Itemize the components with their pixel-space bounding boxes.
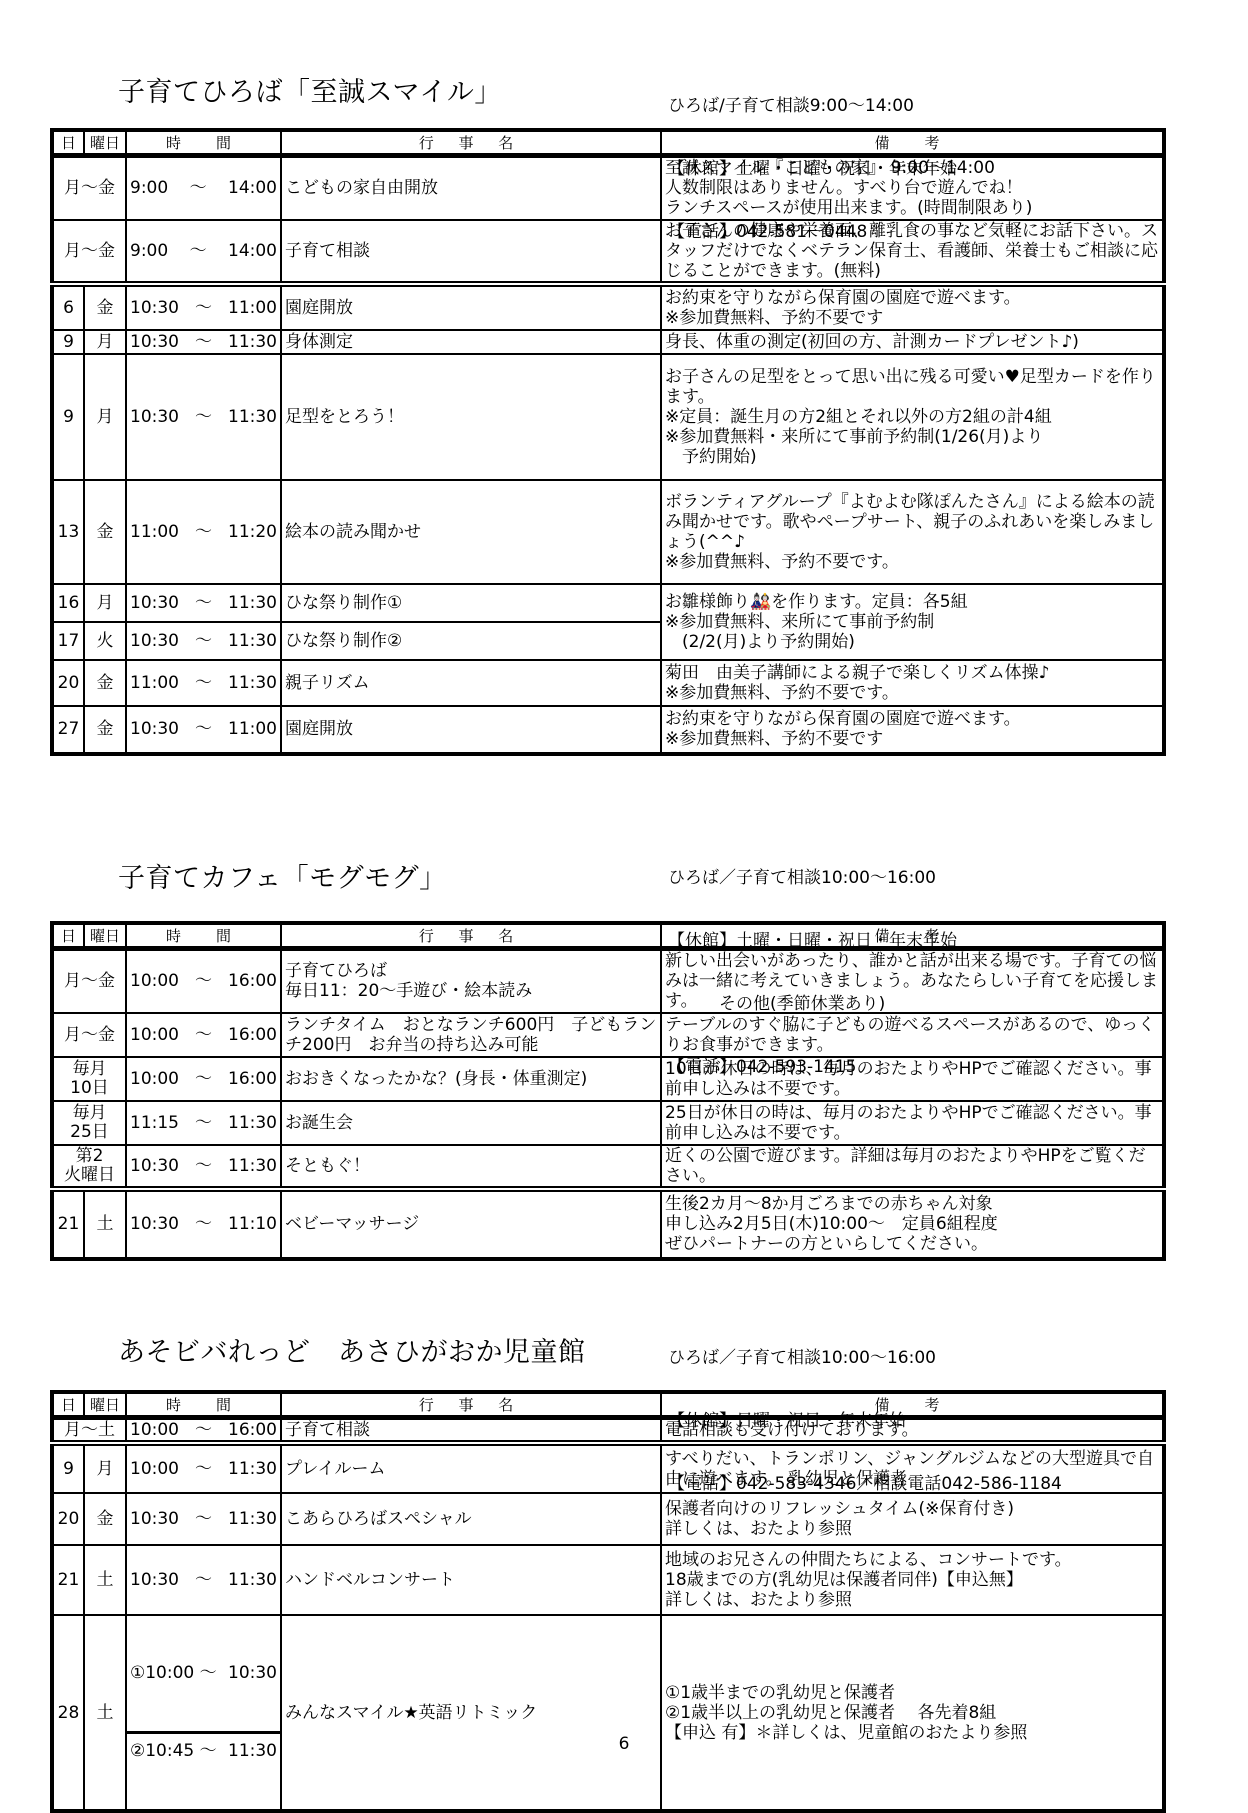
event-note: 菊田 由美子講師による親子で楽しくリズム体操♪ ※参加費無料、予約不要です。 <box>661 660 1164 706</box>
day-cell: 17 <box>52 622 84 660</box>
day-cell: 16 <box>52 584 84 622</box>
table-row: 9 月 10:30～11:30 足型をとろう！ お子さんの足型をとって思い出に残… <box>52 354 1164 480</box>
time-cell: 10:30～11:30 <box>126 1493 281 1545</box>
event-note: 10日が休日の時は、毎月のおたよりやHPでご確認ください。事前申し込みは不要です… <box>661 1057 1164 1101</box>
event-name: おおきくなったかな？(身長・体重測定) <box>281 1057 661 1101</box>
event-name: 絵本の読み聞かせ <box>281 480 661 584</box>
table-header-row: 日 曜日 時 間 行 事 名 備 考 <box>52 923 1164 949</box>
time-cell: 10:30～11:30 <box>126 584 281 622</box>
day-cell: 月～土 <box>52 1418 126 1444</box>
event-note: 電話相談も受け付けております。 <box>661 1418 1164 1444</box>
schedule-table-2: 日 曜日 時 間 行 事 名 備 考 月～金 10:00～16:00 子育てひろ… <box>50 921 1166 1261</box>
event-name: 子育て相談 <box>281 220 661 284</box>
day-cell: 13 <box>52 480 84 584</box>
event-note: ボランティアグループ『よむよむ隊ぽんたさん』による絵本の読み聞かせです。歌やペー… <box>661 480 1164 584</box>
weekday-cell: 火 <box>84 622 126 660</box>
event-name: 園庭開放 <box>281 706 661 754</box>
time-cell: 10:00～16:00 <box>126 949 281 1013</box>
time-cell: 10:30～11:30 <box>126 1545 281 1615</box>
weekday-cell: 月 <box>84 330 126 354</box>
event-name: プレイルーム <box>281 1443 661 1493</box>
time-cell: 10:30～11:30 <box>126 622 281 660</box>
event-name: お誕生会 <box>281 1101 661 1145</box>
time-cell: 10:30～11:30 <box>126 1145 281 1189</box>
day-cell: 毎月 10日 <box>52 1057 126 1101</box>
day-cell: 月～金 <box>52 220 126 284</box>
event-note: すべりだい、トランポリン、ジャングルジムなどの大型遊具で自由に遊べます。 乳幼児… <box>661 1443 1164 1493</box>
table-header-row: 日 曜日 時 間 行 事 名 備 考 <box>52 1392 1164 1418</box>
section-2-title: 子育てカフェ「モグモグ」 <box>118 856 447 895</box>
header-weekday: 曜日 <box>84 1392 126 1418</box>
weekday-cell: 金 <box>84 706 126 754</box>
section-3-title: あそビバれっど あさひがおか児童館 <box>118 1330 586 1369</box>
weekday-cell: 月 <box>84 584 126 622</box>
weekday-cell: 金 <box>84 660 126 706</box>
weekday-cell: 金 <box>84 1493 126 1545</box>
time-slot-1: ①10:00 ～10:30 <box>127 1656 280 1691</box>
event-name: ランチタイム おとなランチ600円 子どもランチ200円 お弁当の持ち込み可能 <box>281 1013 661 1057</box>
hours-text: ひろば/子育て相談9:00～14:00 <box>668 96 957 117</box>
table-row: 28 土 ①10:00 ～10:30 ②10:45 ～11:30 みんなスマイル… <box>52 1615 1164 1811</box>
event-note: お雛様飾り🎎を作ります。定員：各5組 ※参加費無料、来所にて事前予約制 (2/2… <box>661 584 1164 660</box>
event-note: 身長、体重の測定(初回の方、計測カードプレゼント♪) <box>661 330 1164 354</box>
event-note: テーブルのすぐ脇に子どもの遊べるスペースがあるので、ゆっくりお食事ができます。 <box>661 1013 1164 1057</box>
time-cell: 10:30～11:30 <box>126 354 281 480</box>
table-row: 9 月 10:00～11:30 プレイルーム すべりだい、トランポリン、ジャング… <box>52 1443 1164 1493</box>
weekday-cell: 月 <box>84 354 126 480</box>
event-note: お約束を守りながら保育園の園庭で遊べます。 ※参加費無料、予約不要です <box>661 284 1164 330</box>
table-row: 月～金 9:00～14:00 子育て相談 お子さんの健康や栄養面、離乳食の事など… <box>52 220 1164 284</box>
header-weekday: 曜日 <box>84 130 126 156</box>
weekday-cell: 土 <box>84 1615 126 1811</box>
table-row: 月～金 10:00～16:00 子育てひろば 毎日11：20～手遊び・絵本読み … <box>52 949 1164 1013</box>
weekday-cell: 金 <box>84 480 126 584</box>
time-cell: 10:30～11:00 <box>126 706 281 754</box>
header-day: 日 <box>52 923 84 949</box>
hours-text: ひろば／子育て相談10:00～16:00 <box>668 1348 1062 1369</box>
event-name: 子育て相談 <box>281 1418 661 1444</box>
day-cell: 9 <box>52 354 84 480</box>
event-note: ①1歳半までの乳幼児と保護者 ②1歳半以上の乳幼児と保護者 各先着8組 【申込 … <box>661 1615 1164 1811</box>
event-name: みんなスマイル★英語リトミック <box>281 1615 661 1811</box>
day-cell: 20 <box>52 660 84 706</box>
day-cell: 9 <box>52 1443 84 1493</box>
table-row: 27 金 10:30～11:00 園庭開放 お約束を守りながら保育園の園庭で遊べ… <box>52 706 1164 754</box>
event-name: ひな祭り制作② <box>281 622 661 660</box>
table-row: 第2 火曜日 10:30～11:30 そともぐ！ 近くの公園で遊びます。詳細は毎… <box>52 1145 1164 1189</box>
time-cell: 11:00～11:20 <box>126 480 281 584</box>
header-time: 時 間 <box>126 923 281 949</box>
event-name: 身体測定 <box>281 330 661 354</box>
table-row: 13 金 11:00～11:20 絵本の読み聞かせ ボランティアグループ『よむよ… <box>52 480 1164 584</box>
event-note: 近くの公園で遊びます。詳細は毎月のおたよりやHPをご覧ください。 <box>661 1145 1164 1189</box>
header-time: 時 間 <box>126 130 281 156</box>
event-name: こあらひろばスペシャル <box>281 1493 661 1545</box>
day-cell: 28 <box>52 1615 84 1811</box>
event-name: ハンドベルコンサート <box>281 1545 661 1615</box>
header-event: 行 事 名 <box>281 1392 661 1418</box>
table-header-row: 日 曜日 時 間 行 事 名 備 考 <box>52 130 1164 156</box>
time-cell: 10:30～11:00 <box>126 284 281 330</box>
page-number: 6 <box>0 1734 1248 1754</box>
header-day: 日 <box>52 130 84 156</box>
time-cell: 9:00～14:00 <box>126 156 281 220</box>
event-note: 25日が休日の時は、毎月のおたよりやHPでご確認ください。事前申し込みは不要です… <box>661 1101 1164 1145</box>
day-cell: 月～金 <box>52 156 126 220</box>
header-note: 備 考 <box>661 1392 1164 1418</box>
time-cell: 10:00～11:30 <box>126 1443 281 1493</box>
event-note: お子さんの足型をとって思い出に残る可愛い♥足型カードを作ります。 ※定員：誕生月… <box>661 354 1164 480</box>
event-name: ひな祭り制作① <box>281 584 661 622</box>
table-row: 6 金 10:30～11:00 園庭開放 お約束を守りながら保育園の園庭で遊べま… <box>52 284 1164 330</box>
weekday-cell: 金 <box>84 284 126 330</box>
day-cell: 6 <box>52 284 84 330</box>
weekday-cell: 土 <box>84 1545 126 1615</box>
event-name: こどもの家自由開放 <box>281 156 661 220</box>
day-cell: 月～金 <box>52 949 126 1013</box>
event-note: 生後2カ月～8か月ごろまでの赤ちゃん対象 申し込み2月5日(木)10:00～ 定… <box>661 1189 1164 1259</box>
table-row: 16 月 10:30～11:30 ひな祭り制作① お雛様飾り🎎を作ります。定員：… <box>52 584 1164 622</box>
schedule-table-1: 日 曜日 時 間 行 事 名 備 考 月～金 9:00～14:00 こどもの家自… <box>50 128 1166 756</box>
table-row: 21 土 10:30～11:30 ハンドベルコンサート 地域のお兄さんの仲間たち… <box>52 1545 1164 1615</box>
day-cell: 21 <box>52 1189 84 1259</box>
event-note: お子さんの健康や栄養面、離乳食の事など気軽にお話下さい。スタッフだけでなくベテラ… <box>661 220 1164 284</box>
event-name: 子育てひろば 毎日11：20～手遊び・絵本読み <box>281 949 661 1013</box>
header-weekday: 曜日 <box>84 923 126 949</box>
time-cell: 10:30～11:10 <box>126 1189 281 1259</box>
event-note: 地域のお兄さんの仲間たちによる、コンサートです。 18歳までの方(乳幼児は保護者… <box>661 1545 1164 1615</box>
header-day: 日 <box>52 1392 84 1418</box>
event-name: 園庭開放 <box>281 284 661 330</box>
header-event: 行 事 名 <box>281 130 661 156</box>
hours-text: ひろば／子育て相談10:00～16:00 <box>668 868 957 889</box>
header-note: 備 考 <box>661 923 1164 949</box>
time-cell: 11:00～11:30 <box>126 660 281 706</box>
table-row: 月～土 10:00～16:00 子育て相談 電話相談も受け付けております。 <box>52 1418 1164 1444</box>
event-name: そともぐ！ <box>281 1145 661 1189</box>
table-row: 20 金 11:00～11:30 親子リズム 菊田 由美子講師による親子で楽しく… <box>52 660 1164 706</box>
header-time: 時 間 <box>126 1392 281 1418</box>
table-row: 21 土 10:30～11:10 ベビーマッサージ 生後2カ月～8か月ごろまでの… <box>52 1189 1164 1259</box>
table-row: 月～金 10:00～16:00 ランチタイム おとなランチ600円 子どもランチ… <box>52 1013 1164 1057</box>
day-cell: 27 <box>52 706 84 754</box>
header-note: 備 考 <box>661 130 1164 156</box>
weekday-cell: 土 <box>84 1189 126 1259</box>
time-cell: 10:00～16:00 <box>126 1057 281 1101</box>
day-cell: 毎月 25日 <box>52 1101 126 1145</box>
day-cell: 20 <box>52 1493 84 1545</box>
time-slots-cell: ①10:00 ～10:30 ②10:45 ～11:30 <box>126 1615 281 1811</box>
event-note: 保護者向けのリフレッシュタイム(※保育付き) 詳しくは、おたより参照 <box>661 1493 1164 1545</box>
weekday-cell: 月 <box>84 1443 126 1493</box>
day-cell: 第2 火曜日 <box>52 1145 126 1189</box>
header-event: 行 事 名 <box>281 923 661 949</box>
event-name: ベビーマッサージ <box>281 1189 661 1259</box>
table-row: 月～金 9:00～14:00 こどもの家自由開放 至誠スマイル『こどもの家』 9… <box>52 156 1164 220</box>
table-row: 9 月 10:30～11:30 身体測定 身長、体重の測定(初回の方、計測カード… <box>52 330 1164 354</box>
table-row: 毎月 10日 10:00～16:00 おおきくなったかな？(身長・体重測定) 1… <box>52 1057 1164 1101</box>
event-note: 至誠スマイル『こどもの家』 9:00～14:00 人数制限はありません。すべり台… <box>661 156 1164 220</box>
day-cell: 月～金 <box>52 1013 126 1057</box>
event-name: 足型をとろう！ <box>281 354 661 480</box>
event-name: 親子リズム <box>281 660 661 706</box>
table-row: 20 金 10:30～11:30 こあらひろばスペシャル 保護者向けのリフレッシ… <box>52 1493 1164 1545</box>
time-cell: 10:00～16:00 <box>126 1013 281 1057</box>
day-cell: 9 <box>52 330 84 354</box>
time-cell: 9:00～14:00 <box>126 220 281 284</box>
section-1-title: 子育てひろば「至誠スマイル」 <box>118 70 502 109</box>
time-cell: 11:15～11:30 <box>126 1101 281 1145</box>
table-row: 毎月 25日 11:15～11:30 お誕生会 25日が休日の時は、毎月のおたよ… <box>52 1101 1164 1145</box>
event-note: お約束を守りながら保育園の園庭で遊べます。 ※参加費無料、予約不要です <box>661 706 1164 754</box>
time-cell: 10:30～11:30 <box>126 330 281 354</box>
event-note: 新しい出会いがあったり、誰かと話が出来る場です。子育ての悩みは一緒に考えていきま… <box>661 949 1164 1013</box>
day-cell: 21 <box>52 1545 84 1615</box>
time-cell: 10:00～16:00 <box>126 1418 281 1444</box>
